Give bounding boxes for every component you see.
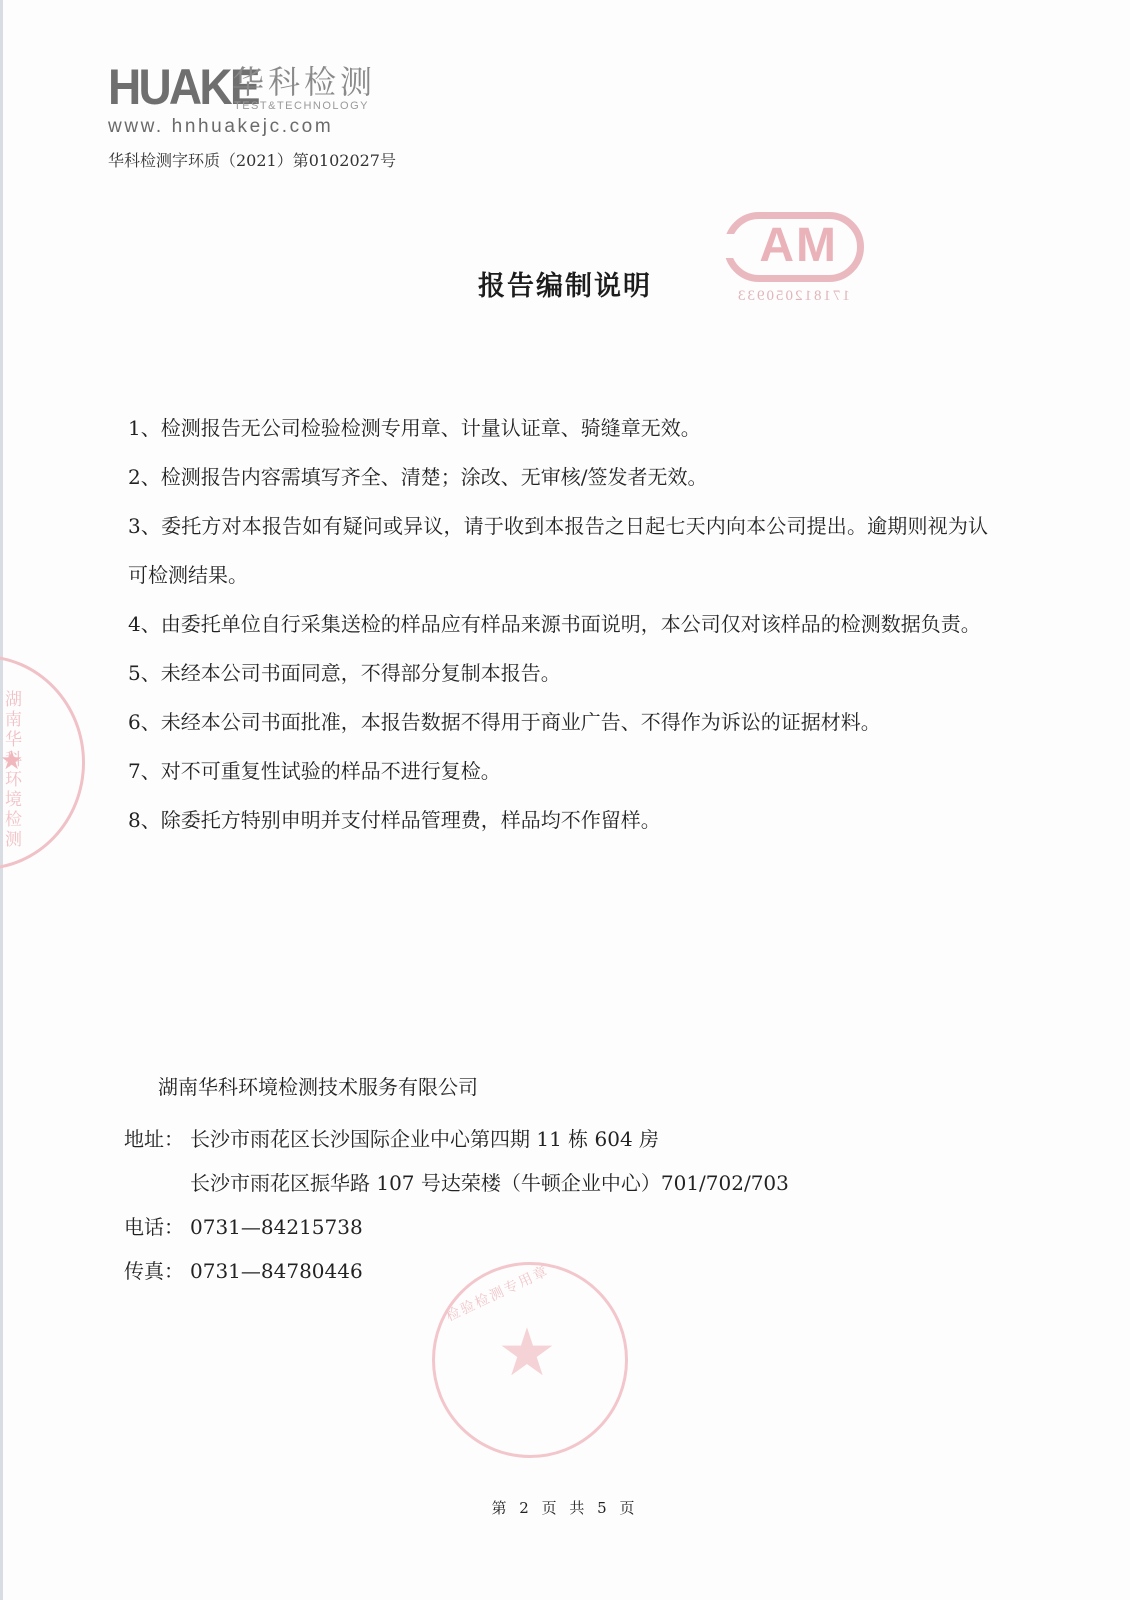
note-text: 除委托方特别申明并支付样品管理费，样品均不作留样。 xyxy=(161,808,661,832)
note-text: 未经本公司书面批准，本报告数据不得用于商业广告、不得作为诉讼的证据材料。 xyxy=(161,710,881,734)
notes-list: 1、检测报告无公司检验检测专用章、计量认证章、骑缝章无效。 2、检测报告内容需填… xyxy=(128,404,988,845)
phone-number: 0731—84215738 xyxy=(190,1205,363,1249)
note-item: 1、检测报告无公司检验检测专用章、计量认证章、骑缝章无效。 xyxy=(128,404,988,453)
note-item: 4、由委托单位自行采集送检的样品应有样品来源书面说明，本公司仅对该样品的检测数据… xyxy=(128,600,988,649)
note-item: 2、检测报告内容需填写齐全、清楚；涂改、无审核/签发者无效。 xyxy=(128,453,988,502)
address-row: 地址： 长沙市雨花区长沙国际企业中心第四期 11 栋 604 房 xyxy=(124,1117,789,1161)
note-text: 委托方对本报告如有疑问或异议，请于收到本报告之日起七天内向本公司提出。逾期则视为… xyxy=(128,514,988,587)
note-text: 未经本公司书面同意，不得部分复制本报告。 xyxy=(161,661,561,685)
page-title: 报告编制说明 xyxy=(0,264,1130,303)
page-number: 第 2 页 共 5 页 xyxy=(0,1497,1130,1518)
note-number: 6、 xyxy=(128,710,161,734)
note-item: 7、对不可重复性试验的样品不进行复检。 xyxy=(128,747,988,796)
note-number: 1、 xyxy=(128,416,161,440)
company-website: www. hnhuakejc.com xyxy=(108,116,333,138)
note-text: 对不可重复性试验的样品不进行复检。 xyxy=(161,759,501,783)
contact-info: 地址： 长沙市雨花区长沙国际企业中心第四期 11 栋 604 房 长沙市雨花区振… xyxy=(124,1117,789,1293)
note-item: 8、除委托方特别申明并支付样品管理费，样品均不作留样。 xyxy=(128,796,988,845)
fax-number: 0731—84780446 xyxy=(190,1249,363,1293)
fax-row: 传真： 0731—84780446 xyxy=(124,1249,789,1293)
phone-label: 电话： xyxy=(124,1205,190,1249)
company-name: 湖南华科环境检测技术服务有限公司 xyxy=(158,1071,478,1100)
note-number: 4、 xyxy=(128,612,161,636)
cma-stamp-gap xyxy=(718,234,740,258)
note-item: 3、委托方对本报告如有疑问或异议，请于收到本报告之日起七天内向本公司提出。逾期则… xyxy=(128,502,988,600)
note-number: 8、 xyxy=(128,808,161,832)
logo-english-tagline: TEST&TECHNOLOGY xyxy=(234,100,369,112)
note-text: 检测报告无公司检验检测专用章、计量认证章、骑缝章无效。 xyxy=(161,416,701,440)
note-text: 由委托单位自行采集送检的样品应有样品来源书面说明，本公司仅对该样品的检测数据负责… xyxy=(161,612,981,636)
note-item: 6、未经本公司书面批准，本报告数据不得用于商业广告、不得作为诉讼的证据材料。 xyxy=(128,698,988,747)
note-text: 检测报告内容需填写齐全、清楚；涂改、无审核/签发者无效。 xyxy=(161,465,708,489)
note-number: 5、 xyxy=(128,661,161,685)
address-row-2: 长沙市雨花区振华路 107 号达荣楼（牛顿企业中心）701/702/703 xyxy=(124,1161,789,1205)
fax-label: 传真： xyxy=(124,1249,190,1293)
note-number: 7、 xyxy=(128,759,161,783)
note-item: 5、未经本公司书面同意，不得部分复制本报告。 xyxy=(128,649,988,698)
address-line-1: 长沙市雨花区长沙国际企业中心第四期 11 栋 604 房 xyxy=(190,1117,659,1161)
logo-chinese-name: 华科检测 xyxy=(232,64,376,100)
note-number: 3、 xyxy=(128,514,161,538)
seal-star-icon: ★ xyxy=(0,748,23,774)
address-label: 地址： xyxy=(124,1117,190,1161)
address-line-2: 长沙市雨花区振华路 107 号达荣楼（牛顿企业中心）701/702/703 xyxy=(190,1161,789,1205)
phone-row: 电话： 0731—84215738 xyxy=(124,1205,789,1249)
document-number: 华科检测字环质（2021）第0102027号 xyxy=(108,148,396,171)
note-number: 2、 xyxy=(128,465,161,489)
